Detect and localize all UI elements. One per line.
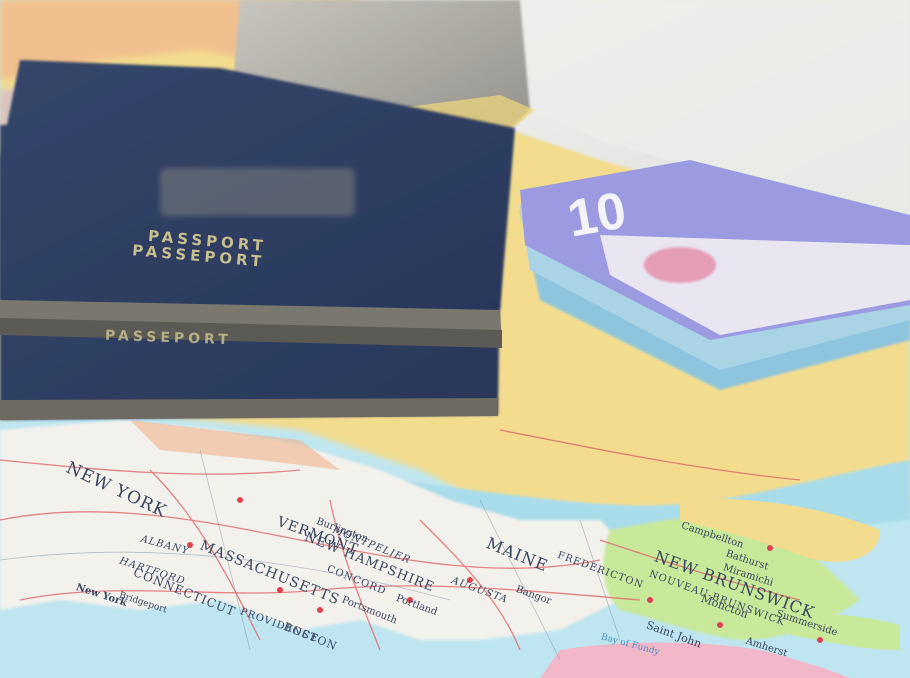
photo-scene: PASSPORT PASSEPORT PASSEPORT 10 NEW YORK… bbox=[0, 0, 910, 678]
banknote-denomination: 10 bbox=[563, 180, 630, 249]
